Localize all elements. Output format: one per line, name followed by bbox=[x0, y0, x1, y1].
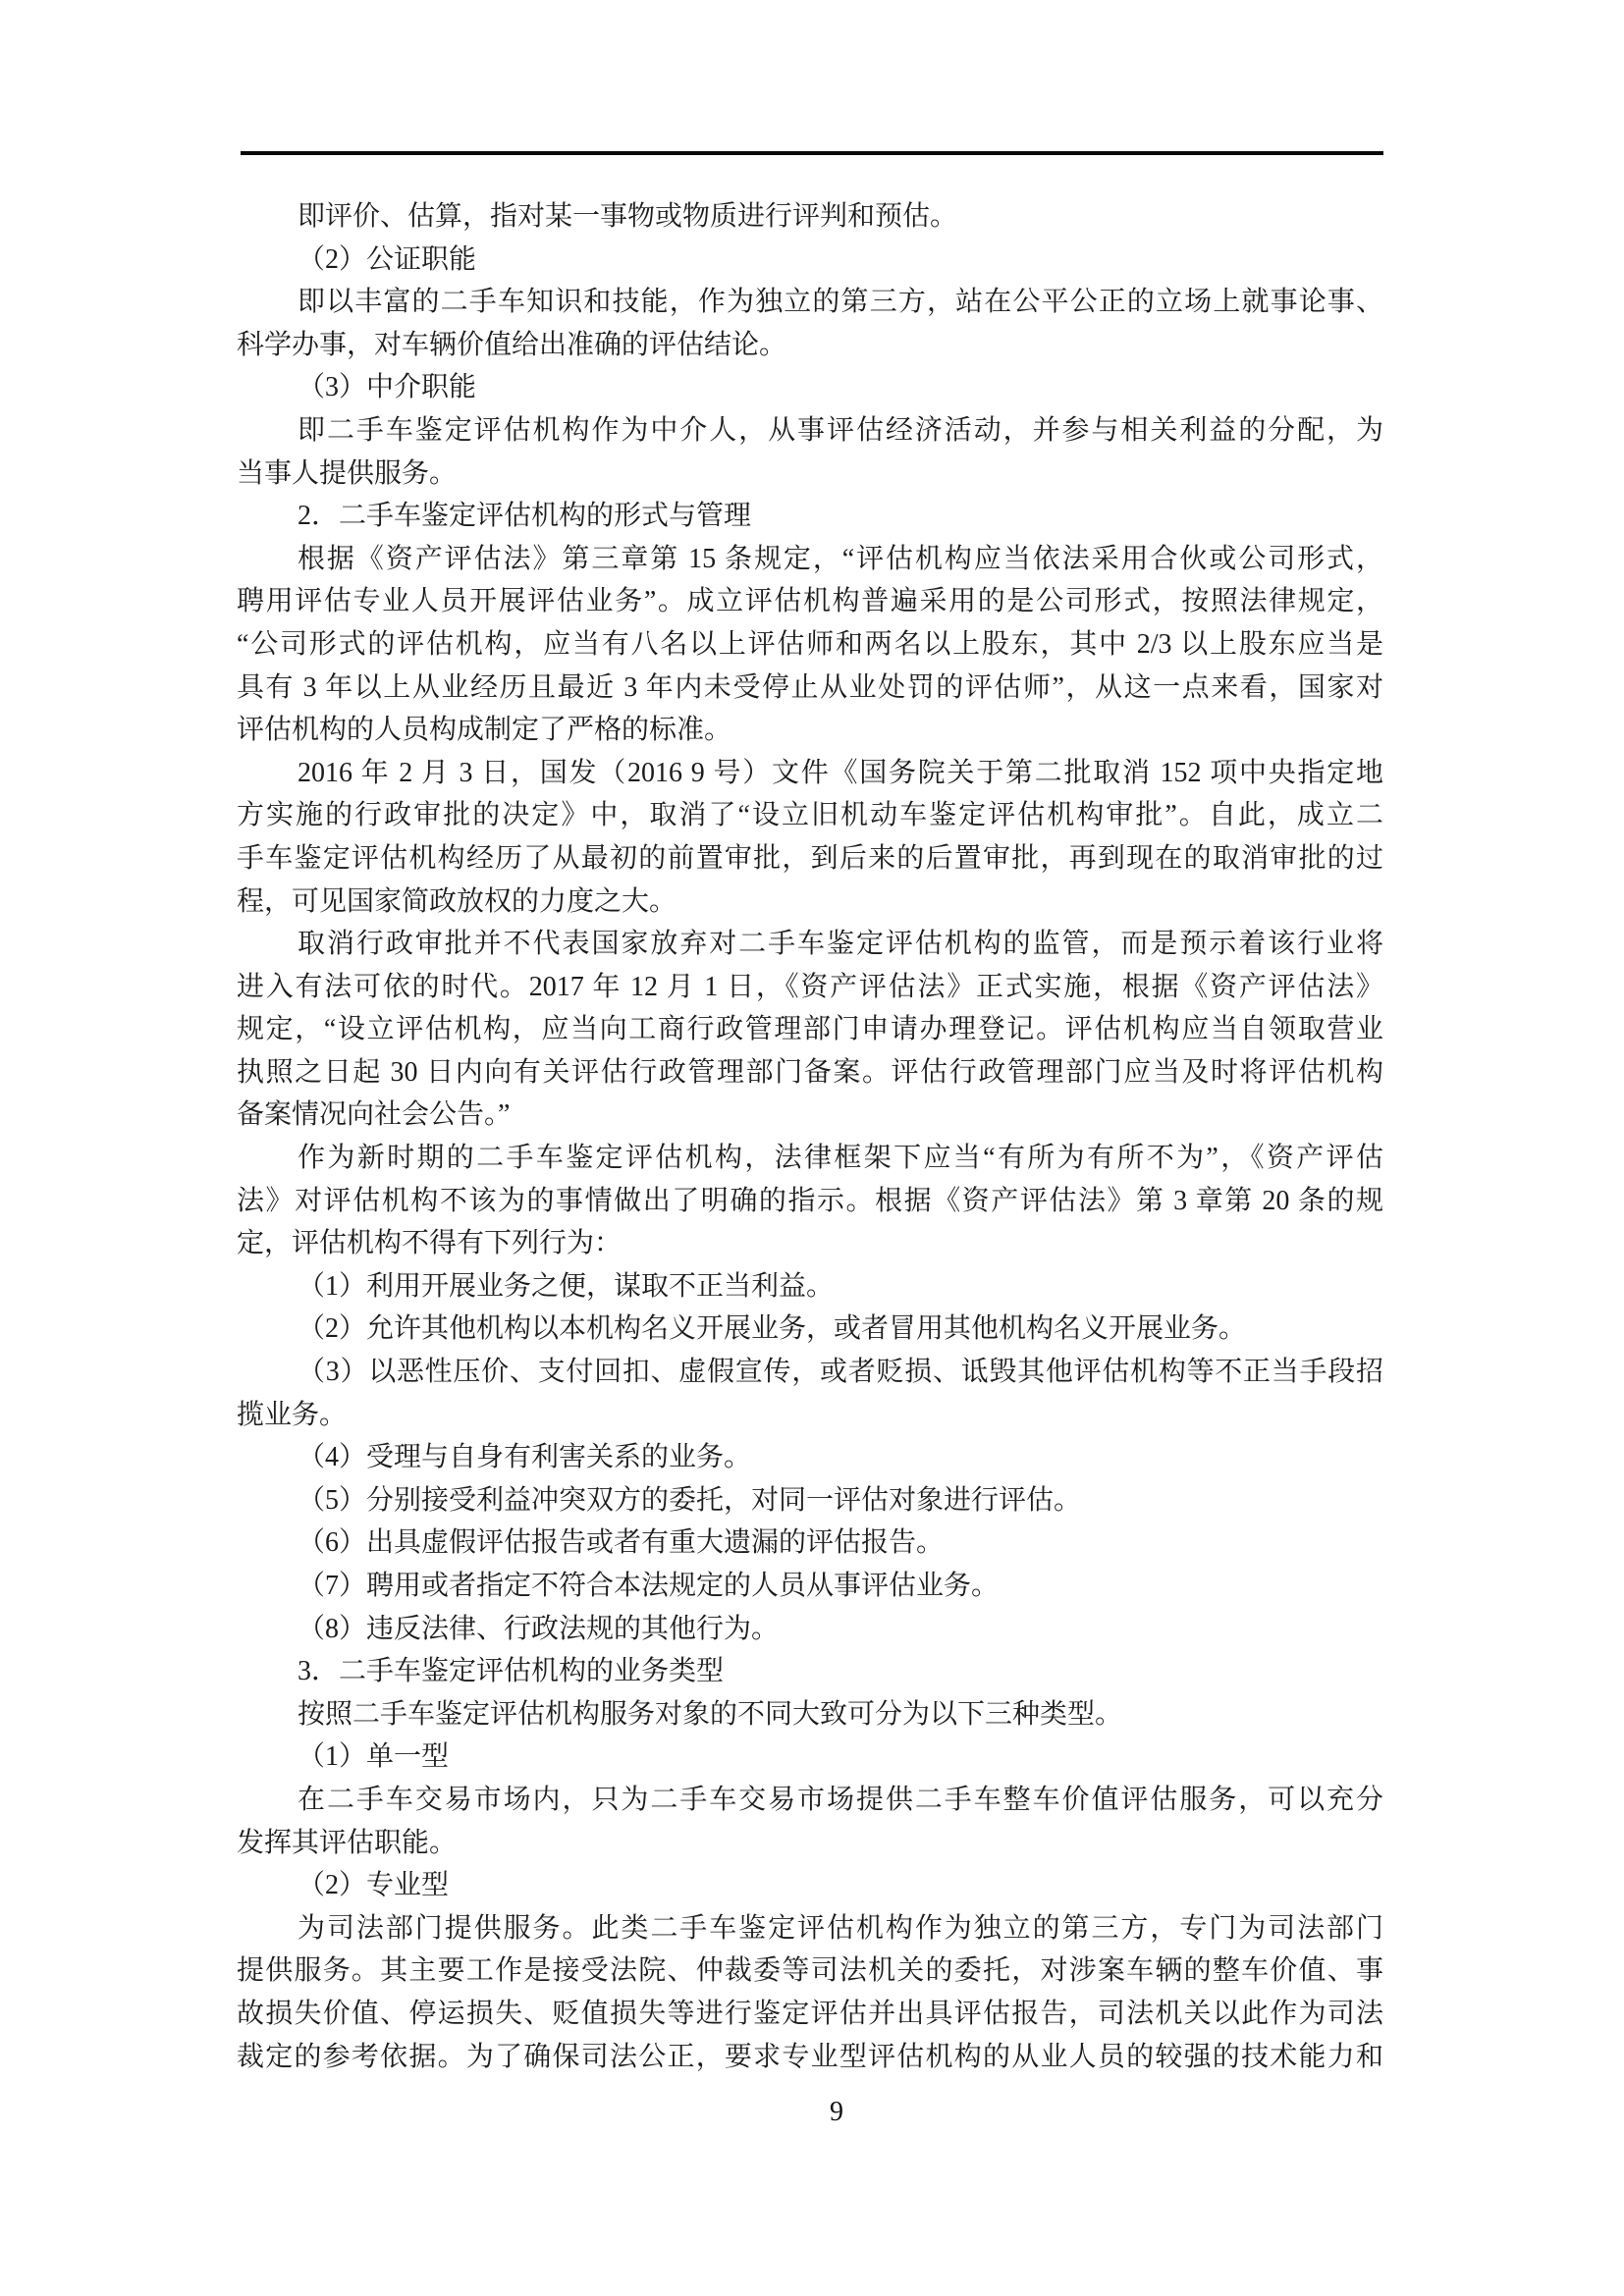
text-line: 故损失价值、停运损失、贬值损失等进行鉴定评估并出具评估报告，司法机关以此作为司法 bbox=[237, 1993, 1383, 2036]
text-line: 执照之日起 30 日内向有关评估行政管理部门备案。评估行政管理部门应当及时将评估… bbox=[237, 1051, 1383, 1095]
text-line: （3）中介职能 bbox=[237, 366, 1383, 409]
text-line: 3．二手车鉴定评估机构的业务类型 bbox=[237, 1650, 1383, 1693]
text-line: （8）违反法律、行政法规的其他行为。 bbox=[237, 1608, 1383, 1651]
text-line: 裁定的参考依据。为了确保司法公正，要求专业型评估机构的从业人员的较强的技术能力和 bbox=[237, 2036, 1383, 2079]
text-line: 聘用评估专业人员开展评估业务”。成立评估机构普遍采用的是公司形式，按照法律规定， bbox=[237, 580, 1383, 623]
text-line: 作为新时期的二手车鉴定评估机构，法律框架下应当“有所为有所不为”，《资产评估 bbox=[237, 1137, 1383, 1180]
text-line: （4）受理与自身有利害关系的业务。 bbox=[237, 1436, 1383, 1479]
text-line: （1）单一型 bbox=[237, 1735, 1383, 1779]
text-line: 规定，“设立评估机构，应当向工商行政管理部门申请办理登记。评估机构应当自领取营业 bbox=[237, 1008, 1383, 1051]
text-line: 按照二手车鉴定评估机构服务对象的不同大致可分为以下三种类型。 bbox=[237, 1693, 1383, 1736]
text-line: （1）利用开展业务之便，谋取不正当利益。 bbox=[237, 1265, 1383, 1308]
text-line: （5）分别接受利益冲突双方的委托，对同一评估对象进行评估。 bbox=[237, 1479, 1383, 1522]
text-line: （6）出具虚假评估报告或者有重大遗漏的评估报告。 bbox=[237, 1522, 1383, 1565]
text-line: 方实施的行政审批的决定》中，取消了“设立旧机动车鉴定评估机构审批”。自此，成立二 bbox=[237, 794, 1383, 837]
text-line: 在二手车交易市场内，只为二手车交易市场提供二手车整车价值评估服务，可以充分 bbox=[237, 1779, 1383, 1822]
text-line: 即评价、估算，指对某一事物或物质进行评判和预估。 bbox=[237, 195, 1383, 239]
text-line: 备案情况向社会公告。” bbox=[237, 1094, 1383, 1137]
header-rule bbox=[241, 151, 1383, 155]
text-line: 进入有法可依的时代。2017 年 12 月 1 日，《资产评估法》正式实施，根据… bbox=[237, 966, 1383, 1009]
text-line: （2）允许其他机构以本机构名义开展业务，或者冒用其他机构名义开展业务。 bbox=[237, 1308, 1383, 1351]
text-line: 定，评估机构不得有下列行为： bbox=[237, 1222, 1383, 1265]
text-line: 手车鉴定评估机构经历了从最初的前置审批，到后来的后置审批，再到现在的取消审批的过 bbox=[237, 837, 1383, 881]
text-line: 为司法部门提供服务。此类二手车鉴定评估机构作为独立的第三方，专门为司法部门 bbox=[237, 1907, 1383, 1950]
text-line: 当事人提供服务。 bbox=[237, 453, 1383, 496]
text-line: 提供服务。其主要工作是接受法院、仲裁委等司法机关的委托，对涉案车辆的整车价值、事 bbox=[237, 1949, 1383, 1993]
text-line: 发挥其评估职能。 bbox=[237, 1822, 1383, 1865]
text-line: 法》对评估机构不该为的事情做出了明确的指示。根据《资产评估法》第 3 章第 20… bbox=[237, 1180, 1383, 1223]
page-number: 9 bbox=[830, 2097, 843, 2128]
body-text: 即评价、估算，指对某一事物或物质进行评判和预估。（2）公证职能即以丰富的二手车知… bbox=[237, 195, 1383, 2078]
text-line: 即以丰富的二手车知识和技能，作为独立的第三方，站在公平公正的立场上就事论事、 bbox=[237, 281, 1383, 324]
text-line: 评估机构的人员构成制定了严格的标准。 bbox=[237, 709, 1383, 752]
text-line: （2）公证职能 bbox=[237, 239, 1383, 282]
text-line: 即二手车鉴定评估机构作为中介人，从事评估经济活动，并参与相关利益的分配，为 bbox=[237, 409, 1383, 453]
text-line: （3）以恶性压价、支付回扣、虚假宣传，或者贬损、诋毁其他评估机构等不正当手段招 bbox=[237, 1351, 1383, 1394]
text-line: 取消行政审批并不代表国家放弃对二手车鉴定评估机构的监管，而是预示着该行业将 bbox=[237, 923, 1383, 966]
text-line: 2．二手车鉴定评估机构的形式与管理 bbox=[237, 495, 1383, 538]
text-line: “公司形式的评估机构，应当有八名以上评估师和两名以上股东，其中 2/3 以上股东… bbox=[237, 623, 1383, 667]
text-line: 具有 3 年以上从业经历且最近 3 年内未受停止从业处罚的评估师”，从这一点来看… bbox=[237, 667, 1383, 710]
document-page: 即评价、估算，指对某一事物或物质进行评判和预估。（2）公证职能即以丰富的二手车知… bbox=[0, 0, 1624, 2296]
text-line: 根据《资产评估法》第三章第 15 条规定，“评估机构应当依法采用合伙或公司形式， bbox=[237, 538, 1383, 581]
text-line: 2016 年 2 月 3 日，国发（2016 9 号）文件《国务院关于第二批取消… bbox=[237, 752, 1383, 795]
text-line: 程，可见国家简政放权的力度之大。 bbox=[237, 881, 1383, 924]
text-line: 揽业务。 bbox=[237, 1394, 1383, 1437]
text-line: （2）专业型 bbox=[237, 1864, 1383, 1907]
text-line: （7）聘用或者指定不符合本法规定的人员从事评估业务。 bbox=[237, 1565, 1383, 1608]
text-line: 科学办事，对车辆价值给出准确的评估结论。 bbox=[237, 324, 1383, 367]
